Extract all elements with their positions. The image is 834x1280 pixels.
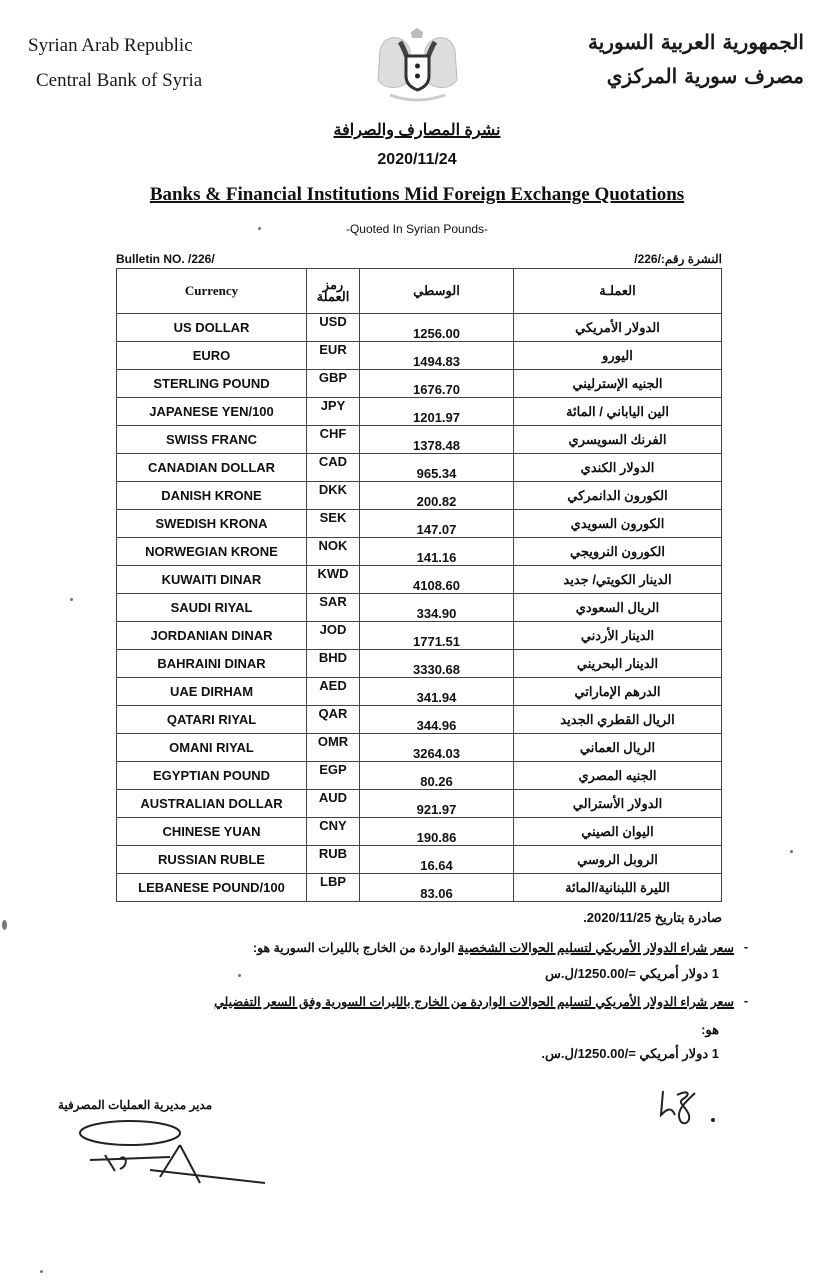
cell-currency: QATARI RIYAL	[117, 706, 307, 734]
table-row: SWISS FRANCCHF1378.48الفرنك السويسري	[117, 426, 722, 454]
col-header-currency: Currency	[117, 269, 307, 314]
cell-code: BHD	[307, 650, 360, 678]
cell-currency: RUSSIAN RUBLE	[117, 846, 307, 874]
table-row: QATARI RIYALQAR344.96الريال القطري الجدي…	[117, 706, 722, 734]
cell-currency: SWISS FRANC	[117, 426, 307, 454]
cell-currency: CHINESE YUAN	[117, 818, 307, 846]
cell-code: OMR	[307, 734, 360, 762]
cell-mid-rate: 341.94	[360, 678, 514, 706]
issued-date: صادرة بتاريخ 2020/11/25.	[583, 910, 722, 926]
table-row: CHINESE YUANCNY190.86اليوان الصيني	[117, 818, 722, 846]
table-row: AUSTRALIAN DOLLARAUD921.97الدولار الأستر…	[117, 790, 722, 818]
table-row: STERLING POUNDGBP1676.70الجنيه الإسترلين…	[117, 370, 722, 398]
cell-currency: LEBANESE POUND/100	[117, 874, 307, 902]
note2-underlined: سعر شراء الدولار الأمريكي لتسليم الحوالا…	[214, 995, 734, 1009]
cell-mid-rate: 190.86	[360, 818, 514, 846]
cell-mid-rate: 1201.97	[360, 398, 514, 426]
cell-mid-rate: 147.07	[360, 510, 514, 538]
cell-arabic-name: اليوان الصيني	[514, 818, 722, 846]
cell-code: KWD	[307, 566, 360, 594]
table-row: EUROEUR1494.83اليورو	[117, 342, 722, 370]
cell-arabic-name: اليورو	[514, 342, 722, 370]
scan-speck	[258, 227, 261, 230]
cell-arabic-name: الريال القطري الجديد	[514, 706, 722, 734]
bullet-marker: -	[744, 940, 748, 954]
cell-currency: OMANI RIYAL	[117, 734, 307, 762]
col-header-arabic-name: العملـة	[514, 269, 722, 314]
cell-currency: SWEDISH KRONA	[117, 510, 307, 538]
cell-code: GBP	[307, 370, 360, 398]
cell-mid-rate: 4108.60	[360, 566, 514, 594]
cell-code: AED	[307, 678, 360, 706]
cell-mid-rate: 965.34	[360, 454, 514, 482]
cell-code: SEK	[307, 510, 360, 538]
scan-speck	[790, 850, 793, 853]
cell-currency: NORWEGIAN KRONE	[117, 538, 307, 566]
cell-currency: UAE DIRHAM	[117, 678, 307, 706]
cell-code: DKK	[307, 482, 360, 510]
header-english-line1: Syrian Arab Republic	[28, 35, 193, 57]
cell-mid-rate: 3330.68	[360, 650, 514, 678]
cell-mid-rate: 3264.03	[360, 734, 514, 762]
note1-rest: الواردة من الخارج بالليرات السورية هو:	[253, 941, 458, 955]
table-row: US DOLLARUSD1256.00الدولار الأمريكي	[117, 314, 722, 342]
cell-arabic-name: الفرنك السويسري	[514, 426, 722, 454]
cell-mid-rate: 200.82	[360, 482, 514, 510]
cell-arabic-name: الكورون النرويجي	[514, 538, 722, 566]
quoted-in-subtitle: -Quoted In Syrian Pounds-	[0, 222, 834, 236]
note2-text: - سعر شراء الدولار الأمريكي لتسليم الحوا…	[214, 994, 734, 1009]
table-header-row: Currency رمز العملة الوسطي العملـة	[117, 269, 722, 314]
note2-rest: هو:	[701, 1022, 719, 1038]
cell-mid-rate: 1771.51	[360, 622, 514, 650]
cell-mid-rate: 1494.83	[360, 342, 514, 370]
cell-code: CAD	[307, 454, 360, 482]
cell-arabic-name: الريال السعودي	[514, 594, 722, 622]
cell-code: NOK	[307, 538, 360, 566]
cell-arabic-name: الدرهم الإماراتي	[514, 678, 722, 706]
cell-currency: EURO	[117, 342, 307, 370]
cell-arabic-name: الدولار الأسترالي	[514, 790, 722, 818]
cell-code: JOD	[307, 622, 360, 650]
cell-mid-rate: 1378.48	[360, 426, 514, 454]
header-english-line2: Central Bank of Syria	[36, 70, 202, 92]
cell-code: CHF	[307, 426, 360, 454]
cell-arabic-name: الليرة اللبنانية/المائة	[514, 874, 722, 902]
cell-code: QAR	[307, 706, 360, 734]
table-row: JORDANIAN DINARJOD1771.51الدينار الأردني	[117, 622, 722, 650]
cell-arabic-name: الريال العماني	[514, 734, 722, 762]
cell-mid-rate: 1676.70	[360, 370, 514, 398]
table-row: BAHRAINI DINARBHD3330.68الدينار البحريني	[117, 650, 722, 678]
cell-currency: CANADIAN DOLLAR	[117, 454, 307, 482]
cell-mid-rate: 141.16	[360, 538, 514, 566]
syrian-eagle-emblem-icon	[370, 20, 465, 105]
table-row: KUWAITI DINARKWD4108.60الدينار الكويتي/ …	[117, 566, 722, 594]
scan-speck	[238, 974, 241, 977]
cell-arabic-name: الكورون السويدي	[514, 510, 722, 538]
cell-currency: US DOLLAR	[117, 314, 307, 342]
cell-code: RUB	[307, 846, 360, 874]
note1-underlined: سعر شراء الدولار الأمريكي لتسليم الحوالا…	[458, 941, 734, 955]
english-title-text: Banks & Financial Institutions Mid Forei…	[150, 184, 684, 205]
cell-arabic-name: الدولار الأمريكي	[514, 314, 722, 342]
initials-signature-icon	[655, 1085, 725, 1130]
cell-currency: JAPANESE YEN/100	[117, 398, 307, 426]
cell-arabic-name: الروبل الروسي	[514, 846, 722, 874]
cell-currency: JORDANIAN DINAR	[117, 622, 307, 650]
col-header-mid: الوسطي	[360, 269, 514, 314]
scan-speck	[40, 1270, 43, 1273]
cell-code: SAR	[307, 594, 360, 622]
cell-arabic-name: الين الياباني / المائة	[514, 398, 722, 426]
english-title: Banks & Financial Institutions Mid Forei…	[0, 184, 834, 206]
cell-code: LBP	[307, 874, 360, 902]
note2-value: 1 دولار أمريكي =/1250.00/ل.س.	[541, 1046, 719, 1062]
table-row: RUSSIAN RUBLERUB16.64الروبل الروسي	[117, 846, 722, 874]
cell-code: EGP	[307, 762, 360, 790]
table-row: JAPANESE YEN/100JPY1201.97الين الياباني …	[117, 398, 722, 426]
cell-arabic-name: الدينار البحريني	[514, 650, 722, 678]
arabic-title-text: نشرة المصارف والصرافة	[334, 122, 501, 139]
cell-currency: EGYPTIAN POUND	[117, 762, 307, 790]
cell-arabic-name: الجنيه الإسترليني	[514, 370, 722, 398]
manager-signature-icon	[60, 1115, 280, 1195]
scan-speck	[2, 920, 7, 930]
bullet-marker: -	[744, 994, 748, 1008]
table-row: UAE DIRHAMAED341.94الدرهم الإماراتي	[117, 678, 722, 706]
cell-code: EUR	[307, 342, 360, 370]
cell-currency: STERLING POUND	[117, 370, 307, 398]
cell-arabic-name: الجنيه المصري	[514, 762, 722, 790]
cell-currency: DANISH KRONE	[117, 482, 307, 510]
table-row: SAUDI RIYALSAR334.90الريال السعودي	[117, 594, 722, 622]
bulletin-number-english: Bulletin NO. /226/	[116, 252, 215, 266]
cell-arabic-name: الكورون الدانمركي	[514, 482, 722, 510]
cell-code: USD	[307, 314, 360, 342]
bulletin-date: 2020/11/24	[0, 151, 834, 169]
cell-mid-rate: 921.97	[360, 790, 514, 818]
cell-arabic-name: الدينار الأردني	[514, 622, 722, 650]
table-row: NORWEGIAN KRONENOK141.16الكورون النرويجي	[117, 538, 722, 566]
cell-code: AUD	[307, 790, 360, 818]
cell-mid-rate: 1256.00	[360, 314, 514, 342]
table-row: SWEDISH KRONASEK147.07الكورون السويدي	[117, 510, 722, 538]
cell-arabic-name: الدينار الكويتي/ جديد	[514, 566, 722, 594]
exchange-rates-table: Currency رمز العملة الوسطي العملـة US DO…	[116, 268, 722, 902]
header-arabic-line2: مصرف سورية المركزي	[607, 64, 804, 88]
cell-currency: SAUDI RIYAL	[117, 594, 307, 622]
cell-code: CNY	[307, 818, 360, 846]
cell-mid-rate: 344.96	[360, 706, 514, 734]
table-row: LEBANESE POUND/100LBP83.06الليرة اللبنان…	[117, 874, 722, 902]
cell-currency: BAHRAINI DINAR	[117, 650, 307, 678]
arabic-title: نشرة المصارف والصرافة	[0, 120, 834, 140]
cell-mid-rate: 334.90	[360, 594, 514, 622]
header-arabic-line1: الجمهورية العربية السورية	[588, 30, 804, 54]
col-header-code: رمز العملة	[307, 269, 360, 314]
note1-value: 1 دولار أمريكي =/1250.00/ل.س	[545, 966, 719, 982]
cell-mid-rate: 16.64	[360, 846, 514, 874]
table-row: EGYPTIAN POUNDEGP80.26الجنيه المصري	[117, 762, 722, 790]
manager-title: مدير مديرية العمليات المصرفية	[58, 1098, 212, 1112]
cell-mid-rate: 80.26	[360, 762, 514, 790]
cell-currency: KUWAITI DINAR	[117, 566, 307, 594]
cell-arabic-name: الدولار الكندي	[514, 454, 722, 482]
cell-currency: AUSTRALIAN DOLLAR	[117, 790, 307, 818]
scan-speck	[70, 598, 73, 601]
cell-code: JPY	[307, 398, 360, 426]
cell-mid-rate: 83.06	[360, 874, 514, 902]
table-row: DANISH KRONEDKK200.82الكورون الدانمركي	[117, 482, 722, 510]
note1-text: - سعر شراء الدولار الأمريكي لتسليم الحوا…	[253, 940, 734, 955]
table-row: CANADIAN DOLLARCAD965.34الدولار الكندي	[117, 454, 722, 482]
table-row: OMANI RIYALOMR3264.03الريال العماني	[117, 734, 722, 762]
bulletin-number-arabic: النشرة رقم:/226/	[634, 252, 722, 266]
